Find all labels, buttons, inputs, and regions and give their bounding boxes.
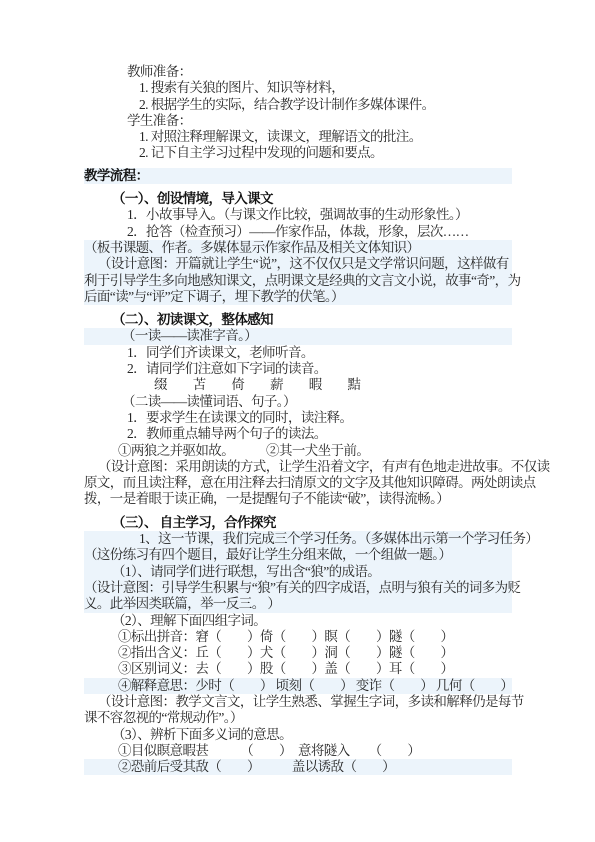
task-3-item-1: ①目似瞑意暇甚 （ ） 意将隧入 （ ） [84, 743, 512, 759]
design-intent-2-line-1: （设计意图：采用朗读的方式，让学生沿着文字，有声有色地走进故事。不仅读 [84, 459, 512, 475]
design-intent-4-line-2: 课不容忽视的“常规动作”。） [84, 710, 512, 726]
section-1-item-1: 1．小故事导入。（与课文作比较，强调故事的生动形象性。） [84, 207, 512, 223]
design-intent-2-line-3: 拨，一是着眼于读正确，一是提醒句子不能读“破”，读得流畅。） [84, 491, 512, 507]
design-intent-4-line-1: （设计意图：教学文言文，让学生熟悉、掌握生字词，多读和解释仍是每节 [84, 694, 512, 710]
section-3-item-1: 1、这一节课，我们完成三个学习任务。（多媒体出示第一个学习任务） [84, 531, 512, 547]
section-1-heading: （一）、创设情境，导入课文 [84, 191, 512, 207]
section-2-item-2: 2．请同学们注意如下字词的读音。 [84, 361, 512, 377]
task-2-item-3: ③区别词义：去（ ）股（ ）盖（ ）耳（ ） [84, 661, 512, 677]
design-intent-3-line-1: （设计意图：引导学生积累与“狼”有关的四字成语，点明与狼有关的词多为贬 [84, 580, 512, 596]
first-reading-note: （一读——读准字音。） [84, 328, 512, 344]
design-intent-1-line-2: 利于引导学生多向地感知课文，点明课文是经典的文言文小说，故事“奇”，为 [84, 273, 512, 289]
board-note: （板书课题、作者。多媒体显示作家作品及相关文体知识） [84, 240, 512, 256]
design-intent-2-line-2: 原文，而且读注释，意在用注释去扫清原文的文字及其他知识障碍。两处朗读点 [84, 475, 512, 491]
design-intent-1-line-3: 后面“读”与“评”定下调子，埋下教学的伏笔。） [84, 289, 512, 305]
section-2-item-4: 2．教师重点辅导两个句子的读法。 [84, 426, 512, 442]
teacher-prep-item-1: 1. 搜索有关狼的图片、知识等材料， [84, 80, 512, 96]
section-3-heading: （三）、 自主学习，合作探究 [84, 515, 512, 531]
student-prep-item-2: 2. 记下自主学习过程中发现的问题和要点。 [84, 145, 512, 161]
task-3: （3）、辨析下面多义词的意思。 [84, 727, 512, 743]
task-1: （1）、请同学们进行联想，写出含“狼”的成语。 [84, 564, 512, 580]
task-2: （2）、理解下面四组字词。 [84, 613, 512, 629]
pronunciation-characters: 缀 苫 倚 薪 暇 黠 [84, 377, 512, 393]
task-2-item-2: ②指出含义：丘（ ）犬（ ）洞（ ）隧（ ） [84, 645, 512, 661]
section-2-heading: （二）、初读课文，整体感知 [84, 312, 512, 328]
task-2-item-4: ④解释意思：少时（ ） 顷刻（ ） 变诈（ ） 几何（ ） [84, 678, 512, 694]
task-3-item-2: ②恐前后受其敌（ ） 盖以诱敌（ ） [84, 759, 512, 775]
design-intent-3-line-2: 义。此举因类联篇，举一反三。 ） [84, 596, 512, 612]
key-sentences: ①两狼之并驱如故。 ②其一犬坐于前。 [84, 443, 512, 459]
teacher-prep-item-2: 2. 根据学生的实际，结合教学设计制作多媒体课件。 [84, 97, 512, 113]
exercise-note: （这份练习有四个题目，最好让学生分组来做，一个组做一题。） [84, 547, 512, 563]
teaching-process-heading: 教学流程： [84, 168, 512, 184]
design-intent-1-line-1: （设计意图：开篇就让学生“说”，这不仅仅只是文学常识问题，这样做有 [84, 256, 512, 272]
student-prep-item-1: 1. 对照注释理解课文，读课文，理解语文的批注。 [84, 129, 512, 145]
document-page: 教师准备：1. 搜索有关狼的图片、知识等材料，2. 根据学生的实际，结合教学设计… [0, 0, 595, 842]
document-body: 教师准备：1. 搜索有关狼的图片、知识等材料，2. 根据学生的实际，结合教学设计… [84, 64, 512, 775]
section-2-item-3: 1．要求学生在读课文的同时，读注释。 [84, 410, 512, 426]
teacher-prep-heading: 教师准备： [84, 64, 512, 80]
student-prep-heading: 学生准备： [84, 113, 512, 129]
section-1-item-2: 2．抢答（检查预习）——作家作品，体裁，形象，层次…… [84, 224, 512, 240]
section-2-item-1: 1．同学们齐读课文，老师听音。 [84, 345, 512, 361]
second-reading-note: （二读——读懂词语、句子。） [84, 394, 512, 410]
task-2-item-1: ①标出拼音：窘（ ）倚（ ）瞑（ ）隧（ ） [84, 629, 512, 645]
